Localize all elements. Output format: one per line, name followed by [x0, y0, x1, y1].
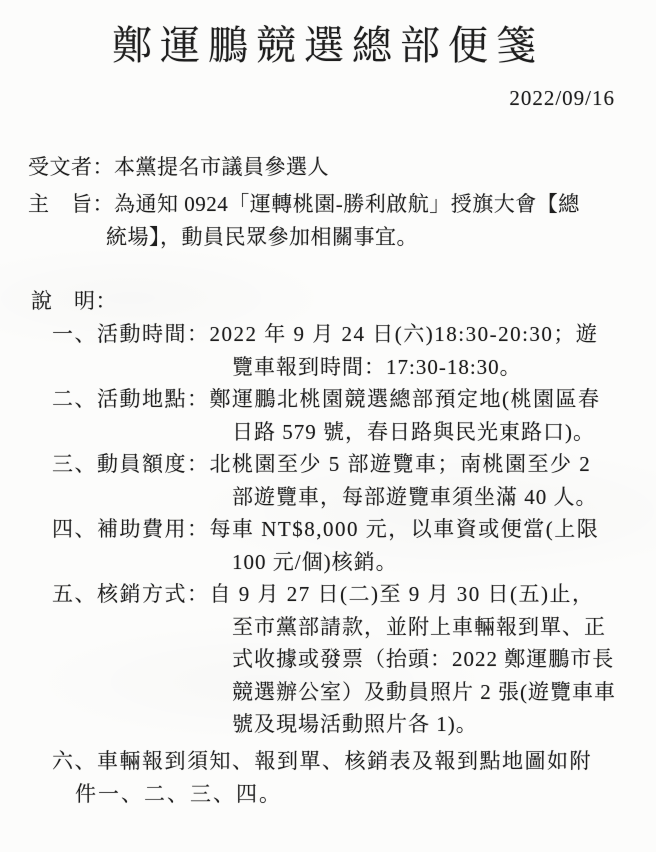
item-3-line-1: 三、動員額度：北桃園至少 5 部遊覽車；南桃園至少 2: [52, 449, 591, 479]
subject-line-1: 主 旨：為通知 0924「運轉桃園-勝利啟航」授旗大會【總: [28, 189, 580, 219]
item-4-line-1: 四、補助費用：每車 NT$8,000 元，以車資或便當(上限: [52, 514, 599, 544]
explanation-heading: 說 明：: [31, 286, 117, 316]
memo-page: 鄭運鵬競選總部便箋 2022/09/16 受文者：本黨提名市議員參選人 主 旨：…: [0, 0, 656, 852]
memo-date: 2022/09/16: [509, 84, 615, 112]
item-2-line-2: 日路 579 號，春日路與民光東路口)。: [232, 417, 595, 447]
item-5-line-3: 式收據或發票（抬頭：2022 鄭運鵬市長: [232, 644, 614, 674]
item-1-line-1: 一、活動時間：2022 年 9 月 24 日(六)18:30-20:30；遊: [52, 319, 598, 349]
item-6-line-1: 六、車輛報到須知、報到單、核銷表及報到點地圖如附: [52, 746, 592, 776]
item-5-line-4: 競選辦公室）及動員照片 2 張(遊覽車車: [232, 677, 616, 707]
item-5-line-2: 至市黨部請款，並附上車輛報到單、正: [232, 612, 606, 642]
subject-line-2: 統場】，動員民眾參加相關事宜。: [106, 222, 418, 252]
item-5-line-1: 五、核銷方式：自 9 月 27 日(二)至 9 月 30 日(五)止，: [52, 579, 594, 609]
item-3-line-2: 部遊覽車，每部遊覽車須坐滿 40 人。: [232, 482, 598, 512]
item-1-line-2: 覽車報到時間：17:30-18:30。: [232, 352, 522, 382]
memo-title: 鄭運鵬競選總部便箋: [0, 20, 656, 72]
item-4-line-2: 100 元/個)核銷。: [232, 547, 398, 577]
item-2-line-1: 二、活動地點：鄭運鵬北桃園競選總部預定地(桃園區春: [52, 384, 601, 414]
recipient-line: 受文者：本黨提名市議員參選人: [28, 152, 329, 182]
item-6-line-2: 件一、二、三、四。: [75, 779, 282, 809]
item-5-line-5: 號及現場活動照片各 1)。: [232, 709, 478, 739]
